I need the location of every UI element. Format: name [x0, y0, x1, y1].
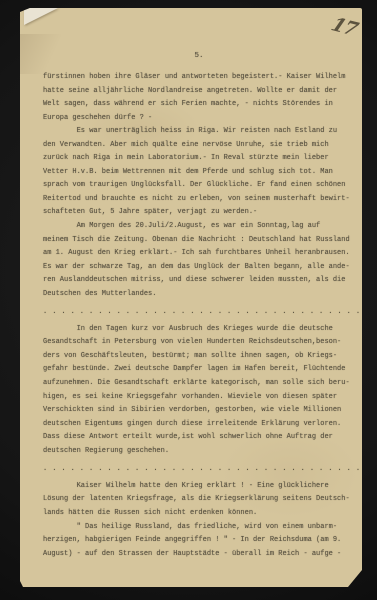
typed-line: ders von Geschäftsleuten, bestürmt; man … — [43, 350, 359, 364]
typed-line: " Das heilige Russland, das friedliche, … — [43, 521, 359, 535]
typed-line: In den Tagen kurz vor Ausbruch des Krieg… — [43, 323, 359, 337]
typed-line: meinem Tisch die Zeitung. Obenan die Nac… — [43, 234, 359, 248]
typed-line: den Verwandten. Aber mich quälte eine ne… — [43, 139, 359, 153]
folded-corner — [24, 8, 58, 25]
dotted-separator: . . . . . . . . . . . . . . . . . . . . … — [43, 463, 359, 477]
typed-line: zurück nach Riga in mein Laboratorium.- … — [43, 152, 359, 166]
scan-background: 17 5. fürstinnen hoben ihre Gläser und a… — [0, 0, 377, 600]
typed-line: hatte seine alljährliche Nordlandreise a… — [43, 85, 359, 99]
page-number: 5. — [43, 52, 355, 60]
typed-line: Am Morgen des 20.Juli/2.August, es war e… — [43, 220, 359, 234]
typed-text-block: fürstinnen hoben ihre Gläser und antwort… — [43, 71, 359, 561]
typed-line: Europa geschehen dürfe ? - — [43, 112, 359, 126]
typed-line: lands hätten die Russen sich nicht erden… — [43, 507, 359, 521]
typed-line: Es war der schwarze Tag, an dem das Ungl… — [43, 261, 359, 275]
typed-line: am 1. August den Krieg erklärt.- Ich sah… — [43, 247, 359, 261]
typed-line: schafteten Gut, 5 Jahre später, verjagt … — [43, 206, 359, 220]
handwritten-folio-number: 17 — [328, 14, 361, 40]
typed-line: Gesandtschaft in Petersburg von vielen H… — [43, 336, 359, 350]
typed-line: fürstinnen hoben ihre Gläser und antwort… — [43, 71, 359, 85]
typed-line: deutschen Regierung geschehen. — [43, 445, 359, 459]
typed-line: deutschen Eigentums gingen durch diese i… — [43, 418, 359, 432]
typed-line: higen, es sei keine Kriegsgefahr vorhand… — [43, 391, 359, 405]
typed-line: Lösung der latenten Kriegsfrage, als die… — [43, 493, 359, 507]
typed-line: Dass diese Antwort erteilt wurde,ist woh… — [43, 431, 359, 445]
typed-line: August) - auf den Strassen der Hauptstäd… — [43, 548, 359, 562]
typed-line: aufzunehmen. Die Gesandtschaft erklärte … — [43, 377, 359, 391]
typed-line: sprach vom traurigen Unglücksfall. Der G… — [43, 179, 359, 193]
typed-line: Welt sagen, dass während er sich Ferien … — [43, 98, 359, 112]
typed-line: Es war unerträglich heiss in Riga. Wir r… — [43, 125, 359, 139]
typed-line: Verschickten sind in Sibirien verdorben,… — [43, 404, 359, 418]
typed-line: Kaiser Wilhelm hatte den Krieg erklärt !… — [43, 480, 359, 494]
typed-line: Reitertod und brauchte es nicht zu erleb… — [43, 193, 359, 207]
typed-line: ren Auslanddeutschen mitriss, und diese … — [43, 274, 359, 288]
typed-line: Vetter H.v.B. beim Wettrennen mit dem Pf… — [43, 166, 359, 180]
typed-line: gefahr bestünde. Zwei deutsche Dampfer l… — [43, 363, 359, 377]
typed-line: herzigen, habgierigen Feinde angegriffen… — [43, 534, 359, 548]
dotted-separator: . . . . . . . . . . . . . . . . . . . . … — [43, 306, 359, 320]
typed-line: Deutschen des Mutterlandes. — [43, 288, 359, 302]
document-page: 17 5. fürstinnen hoben ihre Gläser und a… — [20, 8, 362, 587]
